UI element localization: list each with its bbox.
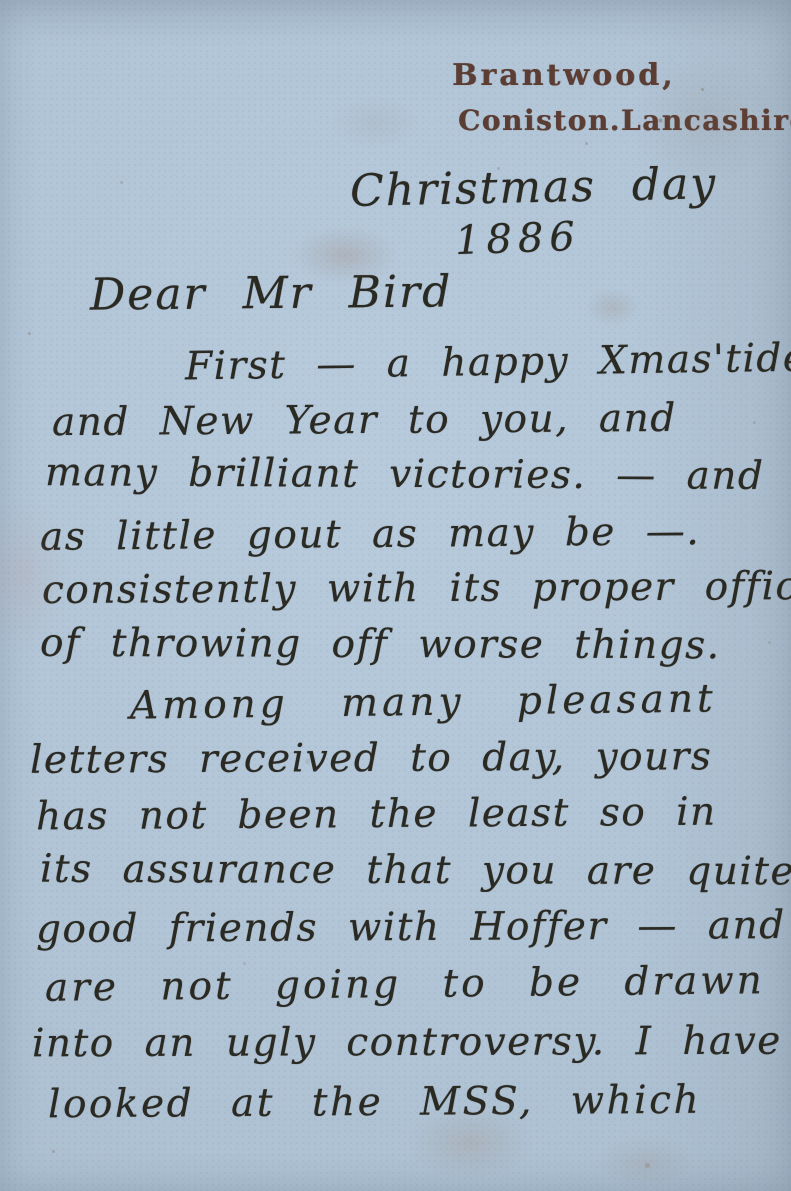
- salutation: Dear Mr Bird: [90, 266, 453, 320]
- body-line-11: good friends with Hoffer — and: [36, 903, 786, 952]
- date-year: 1886: [454, 214, 581, 264]
- paper-stain: [330, 95, 420, 150]
- body-line-2: and New Year to you, and: [52, 396, 677, 445]
- date-line: Christmas day: [350, 158, 718, 217]
- body-line-6: of throwing off worse things.: [40, 621, 721, 668]
- foxing-specks: [0, 0, 3, 3]
- body-line-13: into an ugly controversy. I have: [32, 1019, 782, 1067]
- paper-stain: [595, 1135, 695, 1190]
- body-line-4: as little gout as may be —.: [40, 509, 701, 560]
- letterhead-line-1: Brantwood,: [452, 58, 676, 93]
- body-line-9: has not been the least so in: [36, 790, 717, 840]
- paper-stain: [585, 288, 640, 326]
- letterhead-line-2: Coniston.Lancashire.: [458, 104, 791, 137]
- body-line-10: its assurance that you are quite: [40, 847, 791, 895]
- body-line-1: First — a happy Xmas'tide: [185, 336, 791, 390]
- body-line-7: Among many pleasant: [130, 676, 717, 728]
- body-line-12: are not going to be drawn: [45, 958, 765, 1011]
- letter-page: Brantwood, Coniston.Lancashire. Christma…: [0, 0, 791, 1191]
- body-line-14: looked at the MSS, which: [48, 1078, 701, 1128]
- body-line-5: consistently with its proper office: [42, 564, 791, 613]
- body-line-3: many brilliant victories. — and: [45, 450, 765, 499]
- body-line-8: letters received to day, yours: [30, 734, 713, 783]
